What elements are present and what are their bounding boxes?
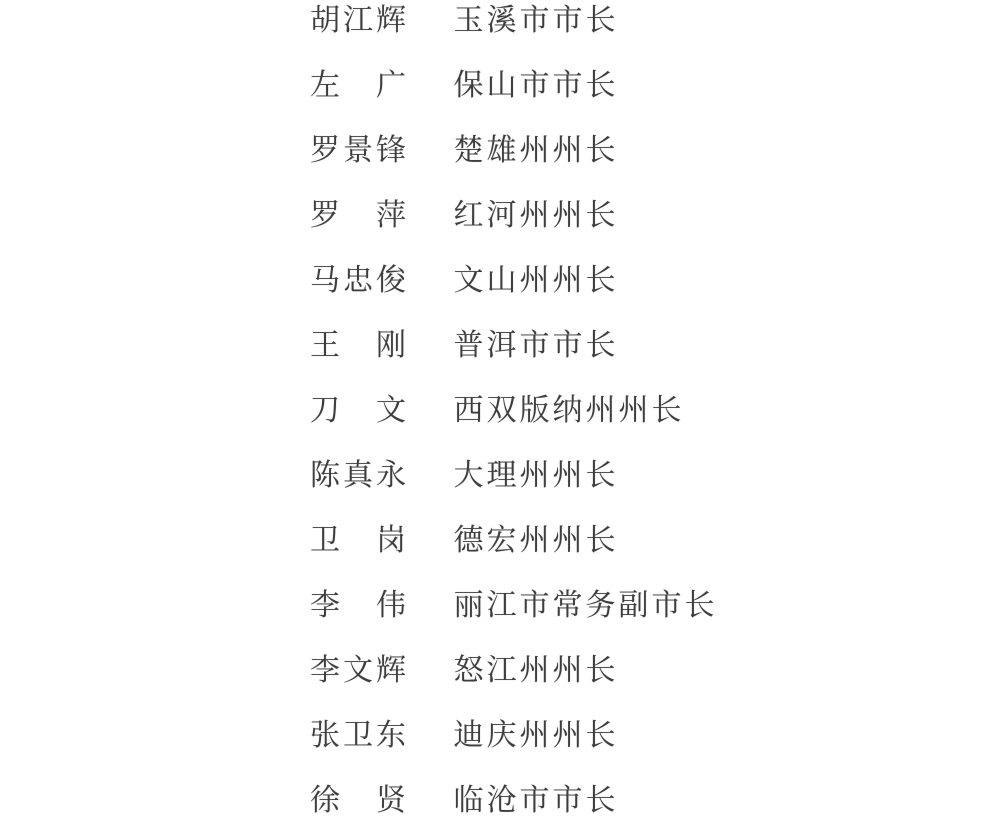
- official-title: 迪庆州州长: [454, 721, 619, 751]
- official-title: 大理州州长: [454, 461, 619, 491]
- official-name: 刀 文: [310, 396, 411, 426]
- official-name: 陈真永: [310, 461, 411, 491]
- official-title: 临沧市市长: [454, 786, 619, 816]
- officials-list-row: 李 伟 丽江市常务副市长: [310, 591, 1000, 621]
- officials-list-row: 马忠俊 文山州州长: [310, 266, 1000, 296]
- official-name: 王 刚: [310, 331, 411, 361]
- officials-list-row: 李文辉 怒江州州长: [310, 656, 1000, 686]
- official-name: 左 广: [310, 71, 411, 101]
- officials-list-row: 卫 岗 德宏州州长: [310, 526, 1000, 556]
- official-name: 罗 萍: [310, 201, 411, 231]
- officials-list-row: 王 刚 普洱市市长: [310, 331, 1000, 361]
- official-title: 普洱市市长: [454, 331, 619, 361]
- official-name: 徐 贤: [310, 786, 411, 816]
- officials-list-row: 罗景锋 楚雄州州长: [310, 136, 1000, 166]
- official-name: 李文辉: [310, 656, 411, 686]
- official-name: 胡江辉: [310, 6, 411, 36]
- official-name: 马忠俊: [310, 266, 411, 296]
- officials-list-row: 罗 萍 红河州州长: [310, 201, 1000, 231]
- official-title: 楚雄州州长: [454, 136, 619, 166]
- official-title: 文山州州长: [454, 266, 619, 296]
- officials-list-row: 徐 贤 临沧市市长: [310, 786, 1000, 816]
- official-title: 德宏州州长: [454, 526, 619, 556]
- officials-list-row: 左 广 保山市市长: [310, 71, 1000, 101]
- officials-list-row: 胡江辉 玉溪市市长: [310, 6, 1000, 36]
- official-title: 丽江市常务副市长: [454, 591, 718, 621]
- document-page: 胡江辉 玉溪市市长 左 广 保山市市长 罗景锋 楚雄州州长 罗 萍 红河州州长 …: [0, 0, 1000, 822]
- official-title: 玉溪市市长: [454, 6, 619, 36]
- official-title: 怒江州州长: [454, 656, 619, 686]
- official-name: 卫 岗: [310, 526, 411, 556]
- officials-list-row: 张卫东 迪庆州州长: [310, 721, 1000, 751]
- official-title: 红河州州长: [454, 201, 619, 231]
- official-name: 张卫东: [310, 721, 411, 751]
- official-title: 保山市市长: [454, 71, 619, 101]
- officials-list-row: 刀 文 西双版纳州州长: [310, 396, 1000, 426]
- officials-list-row: 陈真永 大理州州长: [310, 461, 1000, 491]
- official-name: 李 伟: [310, 591, 411, 621]
- official-name: 罗景锋: [310, 136, 411, 166]
- official-title: 西双版纳州州长: [454, 396, 685, 426]
